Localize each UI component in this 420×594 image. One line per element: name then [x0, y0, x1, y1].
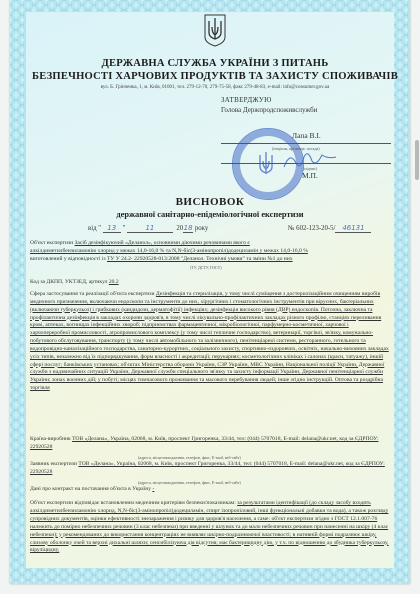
number-prefix: № 602-123-20-5/ — [288, 225, 335, 232]
producer-label: Країна-виробник — [30, 436, 71, 442]
applicant-label: Заявник експертизи — [30, 461, 77, 467]
signatory-name: Лапа В.І. — [292, 131, 321, 140]
applicant-section: Заявник експертизи ТОВ «Делана», Україна… — [30, 461, 390, 477]
code-label: Код за ДКПП, УКТЗЕД, артикул — [30, 279, 107, 285]
contract-label: Дані про контракт на постачання об'єкта … — [30, 486, 151, 492]
made-label: виготовлений у відповідності із — [30, 256, 106, 262]
scope-text: Дезінфекція та стерилізація, у тому числ… — [30, 291, 389, 391]
made-text: ТУ У 24.2- 22920528-013:2008 "Деланол. Т… — [107, 256, 293, 262]
code-value: 20.2 — [109, 279, 119, 285]
agency-address: вул. Б. Грінченка, 1, м. Київ, 01001, те… — [10, 85, 420, 90]
conformity-label: Об'єкт експертизи відповідає встановлени… — [30, 500, 236, 506]
scrollbar-thumb[interactable] — [415, 140, 419, 180]
agency-title-line1: ДЕРЖАВНА СЛУЖБА УКРАЇНИ З ПИТАНЬ — [10, 58, 420, 69]
date-month: 11 — [127, 224, 173, 233]
year-prefix: 20 — [176, 225, 183, 232]
producer-section: Країна-виробник ТОВ «Делана», Україна, 0… — [30, 436, 390, 452]
issue-date: від " 13 " 11 2018 року — [88, 224, 208, 233]
contract-section: Дані про контракт на постачання об'єкта … — [30, 486, 390, 494]
date-prefix: від " — [88, 225, 101, 232]
applicant-text: ТОВ «Делана», Україна, 02068, м. Київ, п… — [30, 461, 385, 475]
document-heading: ВИСНОВОК — [0, 196, 420, 208]
seal-label: М.П. — [302, 171, 318, 180]
document-subheading: державної санітарно-епідеміологічної екс… — [0, 210, 420, 219]
scope-section: Сфера застосування та реалізації об'єкта… — [30, 291, 390, 393]
document-number: № 602-123-20-5/46131 — [288, 224, 371, 233]
made-caption: (ТУ, ДСТУ, ГОСТ) — [190, 265, 222, 270]
name-line — [221, 143, 391, 144]
trident-coat-of-arms-icon — [203, 13, 227, 47]
producer-text: ТОВ «Делана», Україна, 02068, м. Київ, п… — [30, 436, 379, 450]
date-year: 18 — [183, 224, 193, 233]
stamp-trident-icon — [255, 150, 277, 178]
object-label: Об'єкт експертизи — [30, 240, 73, 246]
quote-mark: " — [122, 225, 125, 232]
signature-line — [221, 163, 391, 164]
conformity-section: Об'єкт експертизи відповідає встановлени… — [30, 500, 390, 555]
applicant-address-caption: (адреса, місцезнаходження, телефон, факс… — [138, 480, 241, 485]
object-section: Об'єкт експертизи Засіб дезінфікуючий «Д… — [30, 240, 390, 264]
scope-label: Сфера застосування та реалізації об'єкта… — [30, 291, 155, 297]
producer-address-caption: (адреса, місцезнаходження, телефон, факс… — [138, 455, 241, 460]
approve-label: ЗАТВЕРДЖУЮ — [221, 96, 272, 104]
object-text-2: алкілдиметилбензиламонію хлорид у межах … — [30, 248, 308, 254]
date-day: 13 — [103, 224, 121, 233]
year-suffix: року — [195, 225, 208, 232]
approver-position: Голова Держпродспоживслужби — [221, 106, 317, 114]
agency-title-line2: БЕЗПЕЧНОСТІ ХАРЧОВИХ ПРОДУКТІВ ТА ЗАХИСТ… — [10, 71, 420, 82]
contract-value: - — [152, 486, 154, 492]
code-section: Код за ДКПП, УКТЗЕД, артикул 20.2 — [30, 279, 390, 287]
number-value: 46131 — [335, 224, 371, 233]
conformity-text: за результатами ідентифікації (до складу… — [30, 500, 389, 553]
object-text-1: Засіб дезінфікуючий «Деланол», основними… — [75, 240, 250, 246]
